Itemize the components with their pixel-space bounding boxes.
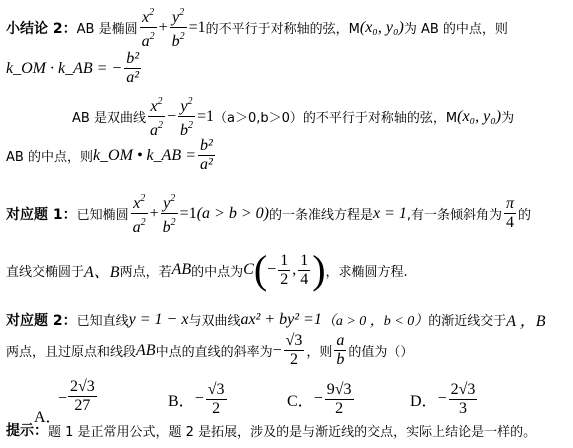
option-a[interactable]: A． − 2√3 27 xyxy=(34,378,154,420)
conclusion2-line1: 小结论 2： AB 是椭圆 x2 a2 + y2 b2 =1 的不平行于对称轴的… xyxy=(6,4,508,51)
fraction-y2-b2: y2 b2 xyxy=(170,4,187,51)
fraction-x2-a2: x2 a2 xyxy=(140,4,157,51)
problem2-line1: 对应题 2： 已知直线 y = 1 − x 与双曲线 ax² + by² =1 … xyxy=(6,308,546,331)
hint-label: 提示： xyxy=(6,420,48,440)
conclusion2-label: 小结论 2： xyxy=(6,18,77,38)
option-b[interactable]: B．− √3 2 xyxy=(168,378,229,420)
hint-line: 提示： 题 1 是正常用公式，题 2 是拓展，涉及的是与渐近线的交点，实际上结论… xyxy=(6,420,536,440)
conclusion2-hyperbola-line: AB 是双曲线 x2 a2 − y2 b2 =1 （a＞0,b＞0）的不平行于对… xyxy=(72,93,514,140)
problem1-line1: 对应题 1： 已知椭圆 x2 a2 + y2 b2 =1 (a > b > 0)… xyxy=(6,190,531,237)
midpoint: (x₀, y₀) xyxy=(360,19,404,37)
conclusion2-ellipse-result: k_OM · k_AB = − b² a² xyxy=(6,50,143,87)
problem1-line2: 直线交椭圆于 A、B 两点，若 AB 的中点为 C (− 1 2 , 1 4 )… xyxy=(6,250,408,290)
text: AB 是椭圆 xyxy=(77,18,138,37)
conclusion2-hyperbola-result: AB 的中点，则 k_OM • k_AB = b² a² xyxy=(6,137,217,174)
problem2-label: 对应题 2： xyxy=(6,310,77,330)
hint-text: 题 1 是正常用公式，题 2 是拓展，涉及的是与渐近线的交点，实际上结论是一样的… xyxy=(48,421,536,440)
option-c[interactable]: C．− 9√3 2 xyxy=(287,378,356,420)
problem2-line2: 两点，且过原点和线段 AB 中点的直线的斜率为 − √3 2 ，则 a b 的值… xyxy=(6,332,413,369)
option-d[interactable]: D．− 2√3 3 xyxy=(410,378,479,420)
problem1-label: 对应题 1： xyxy=(6,204,77,224)
